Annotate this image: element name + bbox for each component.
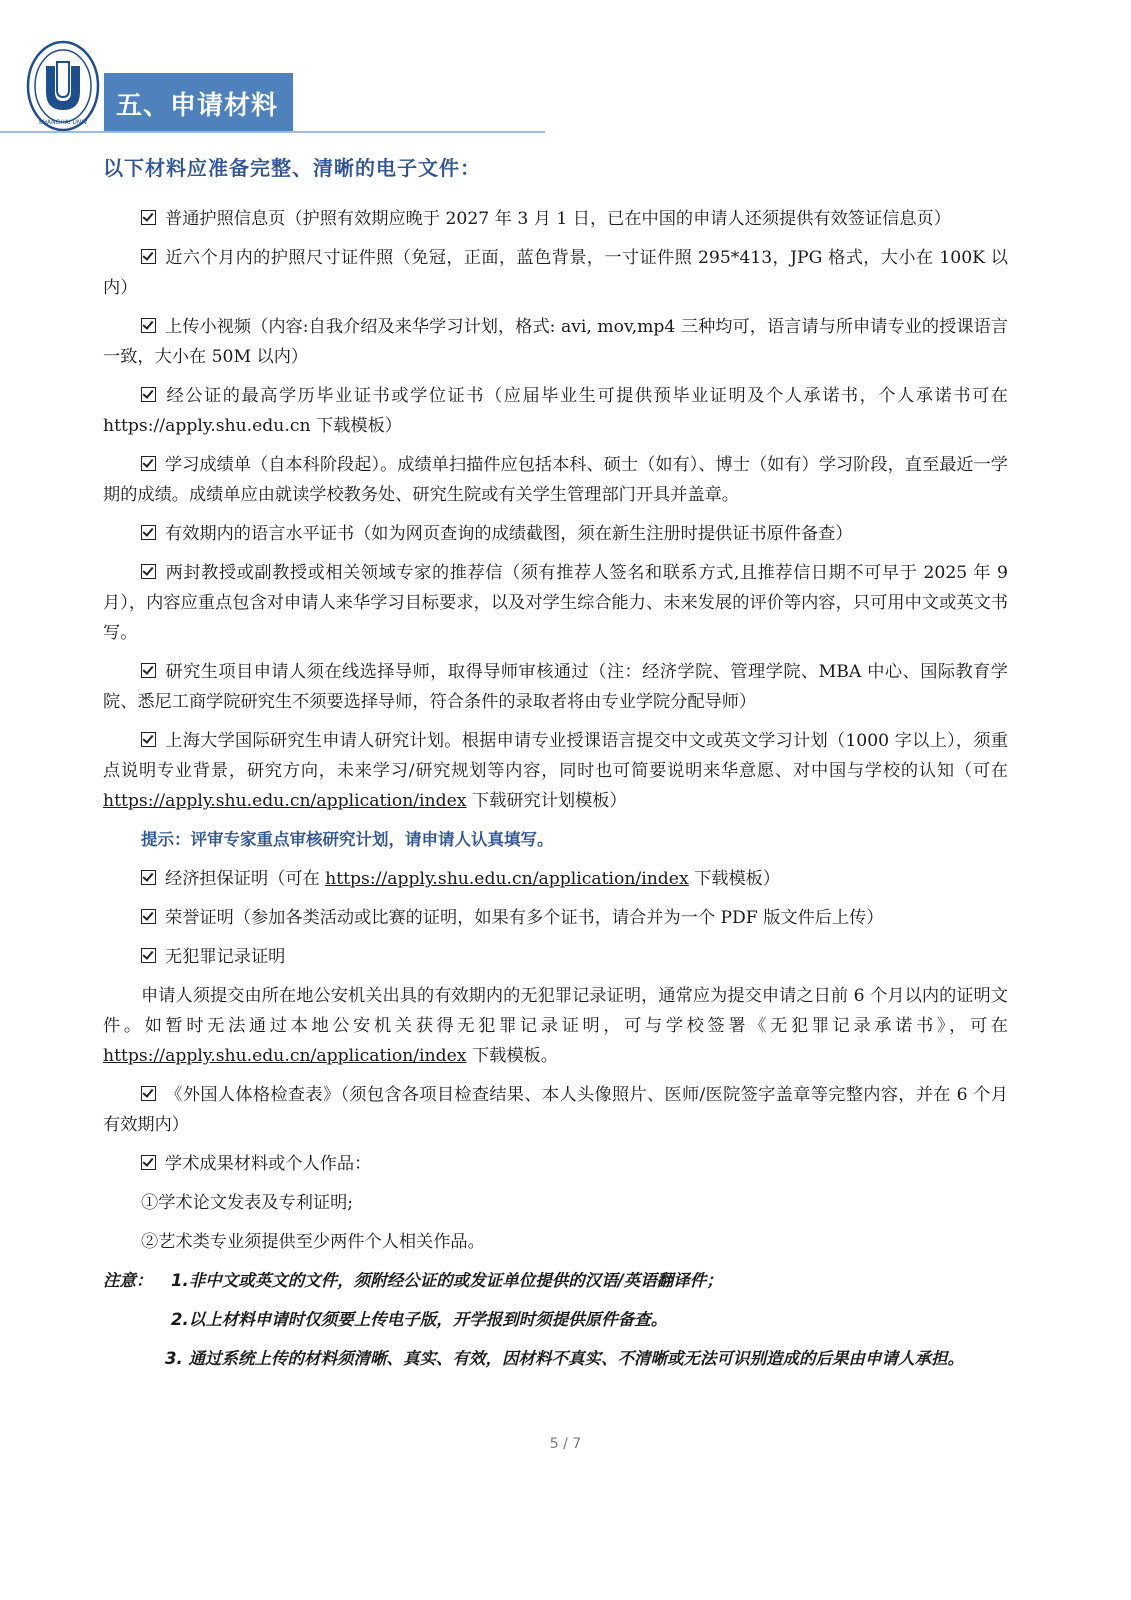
list-item: 学习成绩单（自本科阶段起）。成绩单扫描件应包括本科、硕士（如有）、博士（如有）学… — [103, 450, 1008, 510]
note-item: 3. 通过系统上传的材料须清晰、真实、有效，因材料不真实、不清晰或无法可识别造成… — [103, 1344, 1008, 1374]
checked-box-icon — [141, 1086, 156, 1101]
list-item: 研究生项目申请人须在线选择导师，取得导师审核通过（注：经济学院、管理学院、MBA… — [103, 657, 1008, 717]
list-item: 无犯罪记录证明 — [103, 942, 1008, 972]
checked-box-icon — [141, 525, 156, 540]
criminal-record-paragraph: 申请人须提交由所在地公安机关出具的有效期内的无犯罪记录证明，通常应为提交申请之日… — [103, 981, 1008, 1071]
sub-item: ①学术论文发表及专利证明; — [141, 1188, 1008, 1218]
sub-item: ②艺术类专业须提供至少两件个人相关作品。 — [141, 1227, 1008, 1257]
checked-box-icon — [141, 870, 156, 885]
checked-box-icon — [141, 387, 156, 402]
list-item: 两封教授或副教授或相关领域专家的推荐信（须有推荐人签名和联系方式,且推荐信日期不… — [103, 558, 1008, 648]
criminal-record-template-link[interactable]: https://apply.shu.edu.cn/application/ind… — [103, 1046, 467, 1066]
list-item: 经公证的最高学历毕业证书或学位证书（应届毕业生可提供预毕业证明及个人承诺书，个人… — [103, 381, 1008, 441]
checked-box-icon — [141, 210, 156, 225]
list-item: 上海大学国际研究生申请人研究计划。根据申请专业授课语言提交中文或英文学习计划（1… — [103, 726, 1008, 816]
checked-box-icon — [141, 318, 156, 333]
financial-guarantee-template-link[interactable]: https://apply.shu.edu.cn/application/ind… — [325, 869, 689, 889]
checked-box-icon — [141, 732, 156, 747]
note-item: 2.以上材料申请时仅须要上传电子版，开学报到时须提供原件备查。 — [103, 1305, 1008, 1335]
checked-box-icon — [141, 456, 156, 471]
list-item: 上传小视频（内容:自我介绍及来华学习计划，格式: avi, mov,mp4 三种… — [103, 312, 1008, 372]
checked-box-icon — [141, 249, 156, 264]
list-item: 经济担保证明（可在 https://apply.shu.edu.cn/appli… — [103, 864, 1008, 894]
shanghai-university-logo: SHANGHAI UNIV — [26, 40, 100, 132]
list-item: 有效期内的语言水平证书（如为网页查询的成绩截图，须在新生注册时提供证书原件备查） — [103, 519, 1008, 549]
materials-subtitle: 以下材料应准备完整、清晰的电子文件： — [103, 152, 481, 181]
list-item: 荣誉证明（参加各类活动或比赛的证明，如果有多个证书，请合并为一个 PDF 版文件… — [103, 903, 1008, 933]
checked-box-icon — [141, 663, 156, 678]
notes-label: 注意： — [103, 1266, 171, 1296]
list-item: 学术成果材料或个人作品： — [103, 1149, 1008, 1179]
checked-box-icon — [141, 948, 156, 963]
page-indicator: 5 / 7 — [0, 1436, 1131, 1452]
checked-box-icon — [141, 1155, 156, 1170]
review-tip: 提示：评审专家重点审核研究计划，请申请人认真填写。 — [141, 825, 1008, 855]
university-emblem-icon: SHANGHAI UNIV — [26, 40, 100, 132]
notes-section: 注意： 1.非中文或英文的文件，须附经公证的或发证单位提供的汉语/英语翻译件； … — [103, 1266, 1008, 1374]
list-item: 普通护照信息页（护照有效期应晚于 2027 年 3 月 1 日，已在中国的申请人… — [103, 204, 1008, 234]
list-item: 近六个月内的护照尺寸证件照（免冠，正面，蓝色背景，一寸证件照 295*413，J… — [103, 243, 1008, 303]
note-item: 1.非中文或英文的文件，须附经公证的或发证单位提供的汉语/英语翻译件； — [171, 1266, 723, 1296]
checked-box-icon — [141, 564, 156, 579]
list-item: 《外国人体格检查表》（须包含各项目检查结果、本人头像照片、医师/医院签字盖章等完… — [103, 1080, 1008, 1140]
checked-box-icon — [141, 909, 156, 924]
section-title: 五、申请材料 — [104, 73, 293, 131]
header-divider — [0, 131, 545, 133]
svg-text:SHANGHAI UNIV: SHANGHAI UNIV — [39, 119, 89, 126]
materials-list: 普通护照信息页（护照有效期应晚于 2027 年 3 月 1 日，已在中国的申请人… — [103, 204, 1008, 1383]
research-plan-template-link[interactable]: https://apply.shu.edu.cn/application/ind… — [103, 791, 467, 811]
